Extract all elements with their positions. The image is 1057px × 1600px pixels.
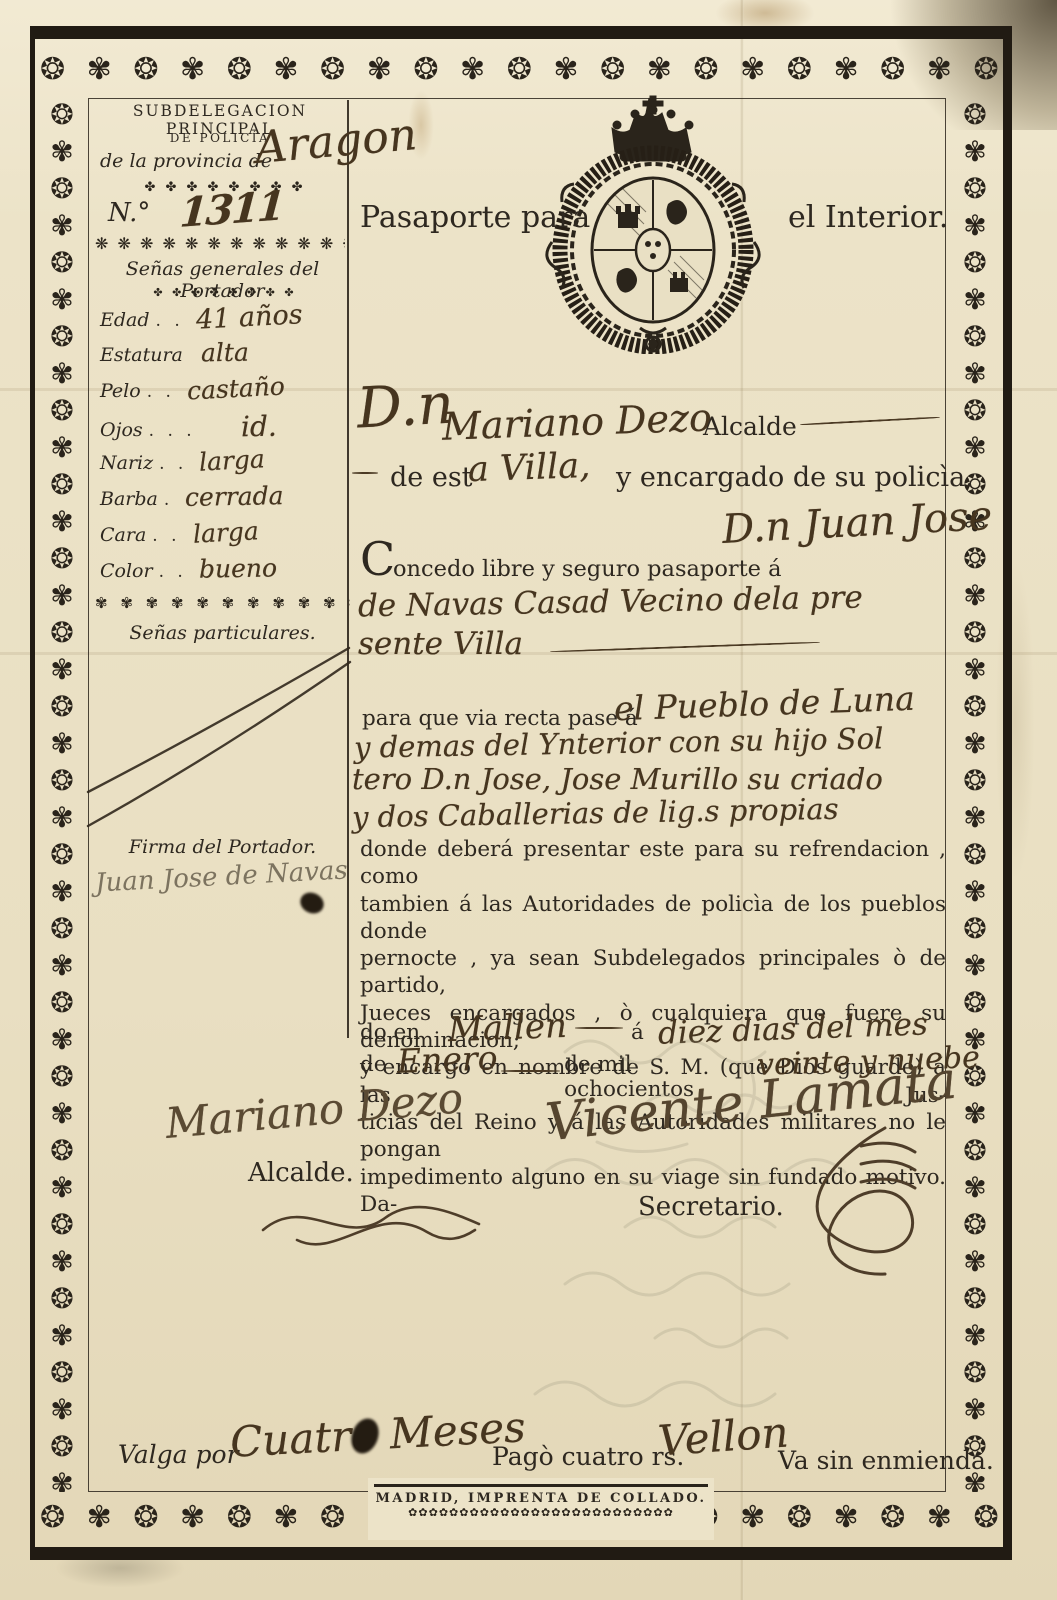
attribute-label: Color [100, 560, 153, 582]
route-handwritten-3: tero D.n Jose, Jose Murillo su criado [352, 762, 883, 796]
attribute-value: alta [201, 338, 249, 368]
validity-label-printed: Valga por [118, 1440, 239, 1469]
attribute-dots: . [164, 490, 173, 510]
body-line: tambien á las Autoridades de policìa de … [360, 891, 946, 946]
no-amendment-printed: Va sin enmienda. [778, 1446, 994, 1475]
attribute-label: Edad [100, 309, 150, 331]
body-line: donde deberá presentar este para su refr… [360, 836, 946, 891]
attribute-dots: . . [159, 454, 187, 474]
province-label: de la provincia de [100, 150, 272, 172]
alcalde-rubric-flourish [255, 1182, 490, 1257]
attribute-dots: . . [152, 526, 180, 546]
attribute-label: Pelo [100, 380, 141, 402]
ornament-row: ✤ ✤ ✤ ✤ ✤ ✤ ✤ ✤ [120, 286, 330, 299]
attribute-value: id. [240, 410, 276, 444]
attribute-label: Barba [100, 488, 158, 510]
attribute-dots: . . [147, 382, 175, 402]
drop-cap-initial: C [360, 536, 395, 582]
attribute-row: Barba.cerrada [100, 482, 350, 518]
holder-name-handwritten-3: sente Villa [358, 626, 523, 662]
imprint-rule [374, 1484, 708, 1487]
grant-printed-text: oncedo libre y seguro pasaporte á [393, 556, 782, 582]
attribute-dots: . . [156, 311, 184, 331]
imprint-ornament-row: ✿✿✿✿✿✿✿✿✿✿✿✿✿✿✿✿✿✿✿✿✿✿✿✿✿✿ [368, 1506, 714, 1519]
attribute-value: bueno [199, 553, 278, 583]
number-handwritten-value: 1311 [178, 182, 284, 237]
fee-paid-printed: Pagò cuatro rs. [492, 1442, 684, 1471]
attribute-row: Cara. .larga [100, 518, 350, 554]
issuer-line2-handwritten: a Villa, [467, 446, 591, 490]
attribute-value: larga [192, 516, 259, 548]
attribute-value: larga [199, 444, 266, 476]
attribute-label: Ojos [100, 419, 143, 441]
castle-icon [616, 204, 640, 228]
rosette-ornament-icon: ❂ ✾ ❂ ✾ ❂ ✾ ❂ ✾ ❂ ✾ ❂ ✾ ❂ ✾ ❂ ✾ ❂ ✾ ❂ ✾ … [40, 52, 998, 87]
attribute-row: Pelo. .castaño [100, 374, 350, 410]
paper-stain [995, 560, 1035, 880]
issuer-role-printed: Alcalde [703, 412, 797, 441]
attribute-row: Edad. .41 años [100, 302, 350, 338]
ornament-row: ✾ ✾ ✾ ✾ ✾ ✾ ✾ ✾ ✾ ✾ ✾ ✾ ✾ [95, 594, 350, 612]
attribute-dots: . . . [149, 421, 196, 441]
body-line: pernocte , ya sean Subdelegados principa… [360, 945, 946, 1000]
attribute-row: Estaturaalta [100, 338, 350, 374]
bearer-signature-label: Firma del Portador. [95, 836, 350, 858]
border-bar-top [30, 26, 1012, 39]
secretario-rubric-flourish [735, 1120, 945, 1285]
bearer-attributes-list: Edad. .41 años Estaturaalta Pelo. .casta… [0, 302, 350, 602]
issuer-line2-print-a: de est [390, 462, 473, 493]
issuer-line2-print-b: y encargado de su policìa. [616, 462, 974, 493]
attribute-value: castaño [186, 371, 285, 405]
attribute-row: Ojos. . .id. [100, 410, 350, 446]
currency-handwritten: Vellon [656, 1408, 790, 1466]
border-bar-bottom [30, 1547, 1012, 1560]
attribute-row: Nariz. .larga [100, 446, 350, 482]
attribute-dots: . . [159, 562, 187, 582]
attribute-label: Estatura [100, 344, 183, 366]
printer-imprint-text: MADRID, IMPRENTA DE COLLADO. [368, 1491, 714, 1506]
attribute-value: cerrada [185, 481, 284, 512]
rosette-border-top: ❂ ✾ ❂ ✾ ❂ ✾ ❂ ✾ ❂ ✾ ❂ ✾ ❂ ✾ ❂ ✾ ❂ ✾ ❂ ✾ … [40, 44, 998, 96]
border-bar-left [30, 26, 35, 1560]
bourbon-inescutcheon [636, 229, 670, 271]
number-label: N.° [108, 198, 150, 228]
strikethrough-lines [85, 640, 353, 832]
passport-document-page: ❂ ✾ ❂ ✾ ❂ ✾ ❂ ✾ ❂ ✾ ❂ ✾ ❂ ✾ ❂ ✾ ❂ ✾ ❂ ✾ … [0, 0, 1057, 1600]
printer-imprint-box: MADRID, IMPRENTA DE COLLADO. ✿✿✿✿✿✿✿✿✿✿✿… [368, 1478, 714, 1540]
attribute-value: 41 años [195, 299, 303, 336]
ornament-row: ❋ ❋ ❋ ❋ ❋ ❋ ❋ ❋ ❋ ❋ ❋ ❋ [95, 234, 345, 253]
passport-title-right: el Interior. [788, 200, 948, 235]
attribute-label: Nariz [100, 452, 153, 474]
attribute-row: Color. .bueno [100, 554, 350, 590]
border-bar-right [1003, 26, 1012, 1560]
pen-flourish [352, 472, 378, 474]
dateline-print-c: de [360, 1052, 387, 1077]
issuer-name-handwritten: Mariano Dezo [441, 395, 712, 448]
passport-title-left: Pasaporte para [360, 200, 590, 235]
attribute-label: Cara [100, 524, 146, 546]
